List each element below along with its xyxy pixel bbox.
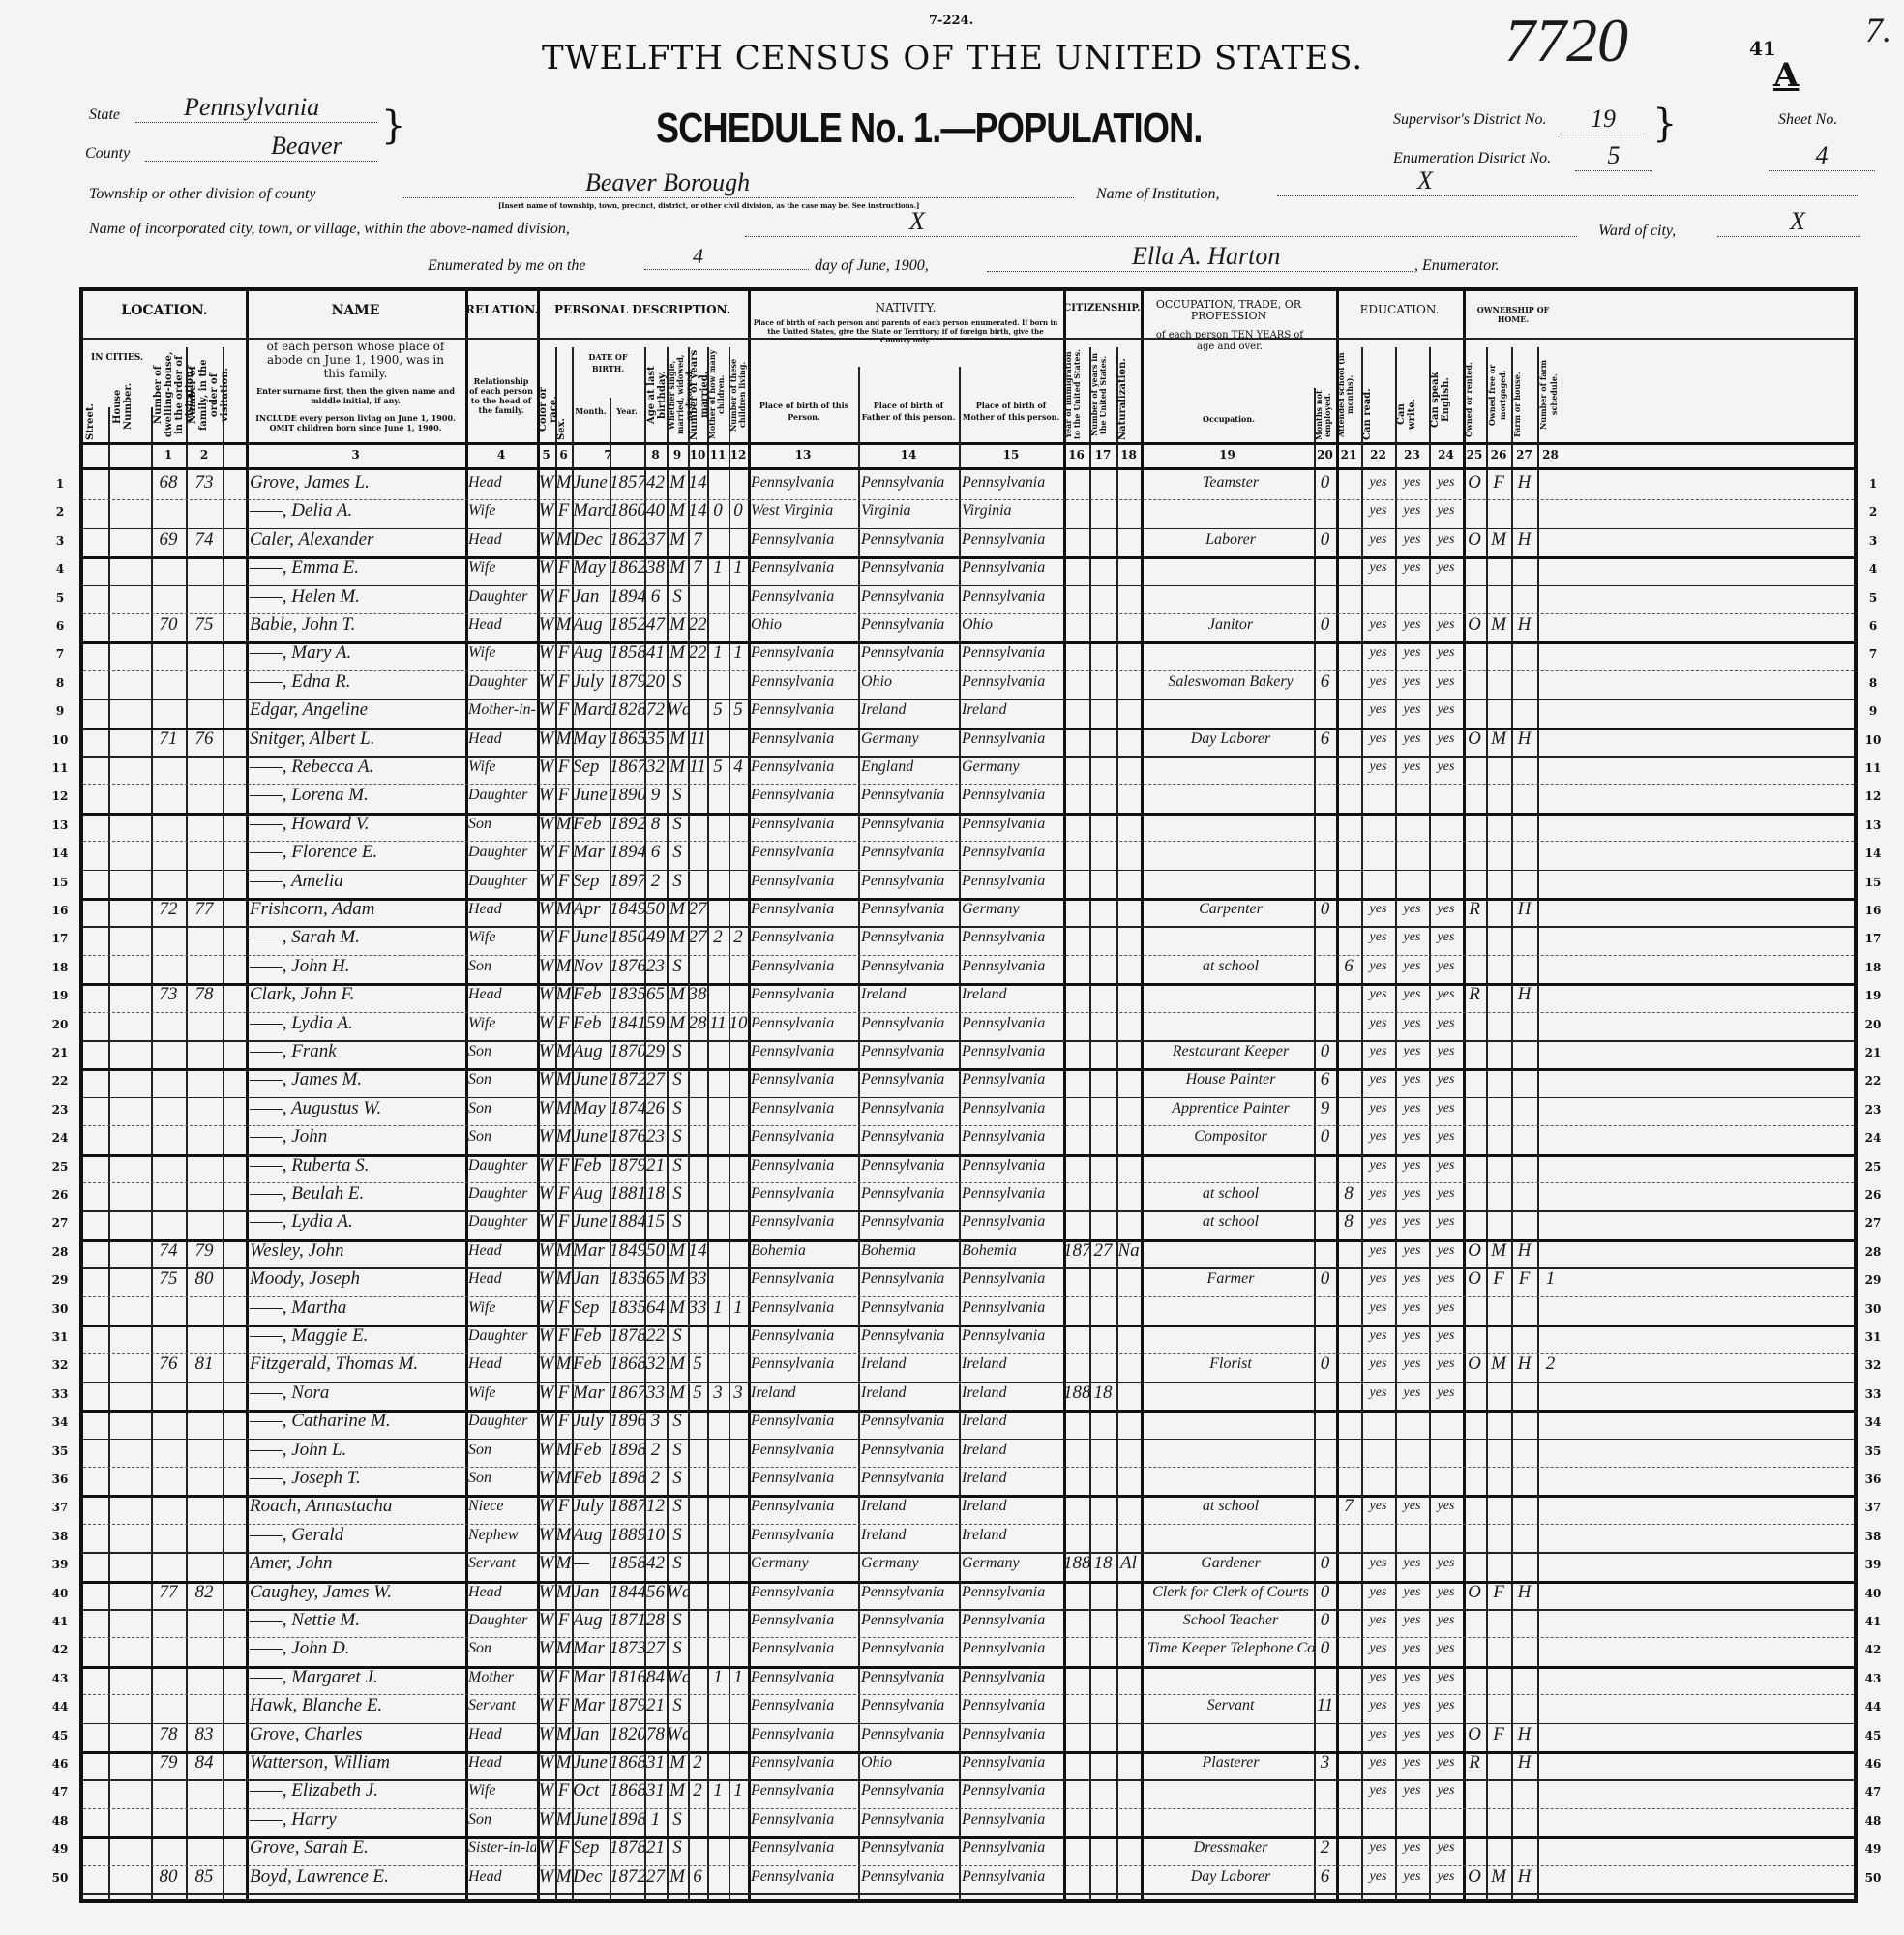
nativity-description: Place of birth of each person and parent…	[753, 318, 1058, 344]
cell-own: R	[1463, 1747, 1486, 1778]
cell-english: yes	[1429, 1206, 1463, 1237]
cell-read: yes	[1361, 1121, 1395, 1152]
cell-english: yes	[1429, 1719, 1463, 1750]
cell-free: F	[1486, 1264, 1511, 1295]
cell-father: Pennsylvania	[861, 951, 958, 982]
cell-read: yes	[1361, 894, 1395, 925]
cell-yrs-married: 11	[688, 724, 707, 755]
state-label: State	[89, 106, 120, 124]
cell-marital: S	[667, 1178, 688, 1209]
line-number: 49	[1863, 1842, 1883, 1856]
cell-year: 1876	[610, 1121, 644, 1152]
institution-label: Name of Institution,	[1096, 186, 1220, 203]
cell-age: 40	[644, 495, 667, 526]
cell-read: yes	[1361, 1349, 1395, 1380]
institution-field[interactable]: X	[1277, 166, 1858, 196]
cell-birth: Ohio	[751, 610, 857, 640]
cell-age: 31	[644, 1747, 667, 1778]
cell-month: May	[573, 552, 610, 583]
cell-read: yes	[1361, 1093, 1395, 1124]
cell-birth: Pennsylvania	[751, 866, 857, 897]
cell-sex: F	[555, 1206, 572, 1237]
column-number: 23	[1395, 448, 1429, 461]
relation-description: Relationship of each person to the head …	[468, 376, 534, 415]
line-number: 6	[50, 619, 70, 633]
cell-name: ——, John D.	[250, 1633, 464, 1664]
cell-color: W	[537, 581, 555, 612]
cell-color: W	[537, 610, 555, 640]
cell-month: Mar	[573, 1378, 610, 1409]
column-number: 28	[1537, 448, 1563, 461]
cell-color: W	[537, 495, 555, 526]
cell-free: M	[1486, 610, 1511, 640]
cell-color: W	[537, 1435, 555, 1466]
cell-birth: Pennsylvania	[751, 1633, 857, 1664]
cell-farm: H	[1511, 724, 1537, 755]
cell-color: W	[537, 752, 555, 783]
cell-read: yes	[1361, 1719, 1395, 1750]
cell-sex: M	[555, 1093, 572, 1124]
cell-month: Dec	[573, 1861, 610, 1892]
cell-age: 6	[644, 837, 667, 868]
cell-read: yes	[1361, 1264, 1395, 1295]
line-number: 4	[50, 562, 70, 576]
column-number: 2	[186, 448, 223, 461]
cell-birth: Pennsylvania	[751, 1861, 857, 1892]
cell-month: March	[573, 495, 610, 526]
cell-marital: M	[667, 1861, 688, 1892]
date-of-birth-header: DATE OF BIRTH.	[572, 351, 644, 374]
cell-age: 84	[644, 1662, 667, 1693]
cell-marital: M	[667, 922, 688, 953]
cell-mother: Pennsylvania	[962, 951, 1062, 982]
cell-occupation: Janitor	[1147, 610, 1314, 640]
cell-write: yes	[1395, 1548, 1429, 1579]
cell-birth: Germany	[751, 1548, 857, 1579]
cell-school: 8	[1336, 1206, 1361, 1237]
cell-yrs-married: 5	[688, 1349, 707, 1380]
line-number: 43	[50, 1672, 70, 1685]
cell-father: Pennsylvania	[861, 780, 958, 811]
cell-name: ——, Frank	[250, 1036, 464, 1067]
birth-father-header: Place of birth of Father of this person.	[860, 400, 957, 423]
state-field[interactable]: Pennsylvania	[135, 93, 377, 123]
cell-unemp: 0	[1314, 1349, 1336, 1380]
cell-birth: Pennsylvania	[751, 1804, 857, 1835]
cell-father: Pennsylvania	[861, 1206, 958, 1237]
enumerated-prefix: Enumerated by me on the	[428, 257, 586, 275]
cell-age: 64	[644, 1293, 667, 1324]
line-number: 27	[50, 1216, 70, 1230]
cell-occupation: Servant	[1147, 1690, 1314, 1721]
line-number: 45	[1863, 1729, 1883, 1742]
cell-father: Pennsylvania	[861, 1008, 958, 1039]
cell-father: Pennsylvania	[861, 1064, 958, 1095]
cell-relation: Wife	[468, 752, 536, 783]
cell-unemp: 11	[1314, 1690, 1336, 1721]
ward-field[interactable]: X	[1717, 207, 1860, 237]
cell-mother: Pennsylvania	[962, 1690, 1062, 1721]
cell-father: Pennsylvania	[861, 1463, 958, 1494]
cell-unemp: 0	[1314, 610, 1336, 640]
line-number: 34	[1863, 1415, 1883, 1429]
cell-write: yes	[1395, 1064, 1429, 1095]
cell-father: Pennsylvania	[861, 1861, 958, 1892]
relation-header: RELATION.	[465, 303, 537, 316]
cell-marital: M	[667, 1349, 688, 1380]
cell-dwelling: 69	[151, 524, 186, 555]
cell-school: 8	[1336, 1178, 1361, 1209]
cell-mother: Pennsylvania	[962, 1093, 1062, 1124]
line-number: 48	[50, 1814, 70, 1828]
cell-mother: Pennsylvania	[962, 1178, 1062, 1209]
cell-write: yes	[1395, 951, 1429, 982]
cell-year: 1868	[610, 1747, 644, 1778]
cell-relation: Head	[468, 1577, 536, 1608]
cell-year: 1874	[610, 1093, 644, 1124]
cell-sex: M	[555, 1633, 572, 1664]
line-number: 14	[50, 847, 70, 860]
cell-read: yes	[1361, 1150, 1395, 1181]
cell-year: 1896	[610, 1406, 644, 1437]
cell-living: 1	[729, 1293, 748, 1324]
cell-father: Pennsylvania	[861, 866, 958, 897]
cell-birth: Pennsylvania	[751, 695, 857, 726]
column-number: 25	[1463, 448, 1486, 461]
cell-read: yes	[1361, 752, 1395, 783]
line-number: 2	[50, 505, 70, 519]
cell-english: yes	[1429, 752, 1463, 783]
cell-english: yes	[1429, 979, 1463, 1010]
line-number: 37	[50, 1501, 70, 1514]
cell-color: W	[537, 1406, 555, 1437]
cell-occupation: Farmer	[1147, 1264, 1314, 1295]
cell-father: Pennsylvania	[861, 1662, 958, 1693]
cell-sex: M	[555, 1064, 572, 1095]
cell-color: W	[537, 695, 555, 726]
cell-relation: Son	[468, 1804, 536, 1835]
family-number-header: Number of family, in the order of visita…	[188, 349, 221, 440]
cell-write: yes	[1395, 1605, 1429, 1636]
line-number: 36	[1863, 1473, 1883, 1486]
cell-birth: Pennsylvania	[751, 1293, 857, 1324]
cell-birth: Pennsylvania	[751, 1093, 857, 1124]
cell-age: 37	[644, 524, 667, 555]
cell-birth: Pennsylvania	[751, 809, 857, 840]
cell-name: ——, Maggie E.	[250, 1321, 464, 1352]
cell-year: 1841	[610, 1008, 644, 1039]
cell-unemp: 0	[1314, 1605, 1336, 1636]
cell-age: 65	[644, 979, 667, 1010]
cell-color: W	[537, 1605, 555, 1636]
cell-birth: Pennsylvania	[751, 1264, 857, 1295]
line-number: 20	[50, 1018, 70, 1031]
cell-father: Pennsylvania	[861, 1804, 958, 1835]
cell-read: yes	[1361, 1605, 1395, 1636]
line-number: 21	[1863, 1046, 1883, 1059]
cell-age: 33	[644, 1378, 667, 1409]
months-unemployed-header: Months not employed.	[1315, 390, 1335, 440]
cell-write: yes	[1395, 1150, 1429, 1181]
cell-mother: Pennsylvania	[962, 1719, 1062, 1750]
cell-birth: Bohemia	[751, 1235, 857, 1266]
cell-marital: S	[667, 1690, 688, 1721]
cell-birth: Pennsylvania	[751, 524, 857, 555]
cell-marital: M	[667, 1235, 688, 1266]
cell-mother: Pennsylvania	[962, 1036, 1062, 1067]
cell-relation: Son	[468, 1463, 536, 1494]
cell-name: Caughey, James W.	[250, 1577, 464, 1608]
cell-write: yes	[1395, 1206, 1429, 1237]
cell-month: Apr	[573, 894, 610, 925]
cell-year: 1870	[610, 1036, 644, 1067]
column-number: 18	[1116, 448, 1141, 461]
line-number: 49	[50, 1842, 70, 1856]
cell-own: O	[1463, 1861, 1486, 1892]
cell-age: 49	[644, 922, 667, 953]
cell-occupation: Restaurant Keeper	[1147, 1036, 1314, 1067]
cell-sex: F	[555, 1832, 572, 1863]
line-number: 24	[1863, 1131, 1883, 1145]
cell-occupation: House Painter	[1147, 1064, 1314, 1095]
cell-month: Jan	[573, 1577, 610, 1608]
cell-month: June	[573, 1804, 610, 1835]
cell-write: yes	[1395, 894, 1429, 925]
cell-name: ——, Amelia	[250, 866, 464, 897]
cell-color: W	[537, 837, 555, 868]
cell-mother: Ireland	[962, 979, 1062, 1010]
cell-month: July	[573, 667, 610, 698]
cell-name: ——, Elizabeth J.	[250, 1775, 464, 1806]
cell-name: ——, Sarah M.	[250, 922, 464, 953]
line-number: 16	[50, 904, 70, 917]
cell-marital: M	[667, 467, 688, 498]
line-number: 43	[1863, 1672, 1883, 1685]
cell-own: O	[1463, 467, 1486, 498]
cell-english: yes	[1429, 1548, 1463, 1579]
cell-month: Feb	[573, 1463, 610, 1494]
cell-father: Pennsylvania	[861, 1832, 958, 1863]
cell-read: yes	[1361, 1775, 1395, 1806]
cell-relation: Son	[468, 1036, 536, 1067]
cell-color: W	[537, 1719, 555, 1750]
cell-color: W	[537, 951, 555, 982]
cell-age: 50	[644, 894, 667, 925]
enumerator-label: , Enumerator.	[1414, 257, 1500, 275]
cell-relation: Nephew	[468, 1520, 536, 1551]
cell-dwelling: 77	[151, 1577, 186, 1608]
cell-color: W	[537, 1804, 555, 1835]
cell-age: 21	[644, 1832, 667, 1863]
cell-color: W	[537, 1321, 555, 1352]
cell-name: ——, Beulah E.	[250, 1178, 464, 1209]
line-number: 50	[50, 1871, 70, 1885]
cell-age: 72	[644, 695, 667, 726]
cell-marital: Wd	[667, 1577, 688, 1608]
cell-color: W	[537, 524, 555, 555]
cell-year: 1892	[610, 809, 644, 840]
cell-marital: M	[667, 1747, 688, 1778]
cell-birth: Pennsylvania	[751, 1178, 857, 1209]
line-number: 25	[1863, 1160, 1883, 1174]
line-number: 12	[50, 789, 70, 803]
cell-color: W	[537, 724, 555, 755]
township-label: Township or other division of county	[89, 186, 316, 203]
column-number: 8	[644, 448, 667, 461]
line-number: 38	[1863, 1530, 1883, 1543]
cell-name: Edgar, Angeline	[250, 695, 464, 726]
cell-sex: F	[555, 1690, 572, 1721]
cell-relation: Head	[468, 1747, 536, 1778]
immigration-year-header: Year of immigration to the United States…	[1064, 349, 1088, 440]
cell-marital: M	[667, 894, 688, 925]
cell-name: Caler, Alexander	[250, 524, 464, 555]
cell-father: Ireland	[861, 695, 958, 726]
schedule-title: SCHEDULE No. 1.—POPULATION.	[656, 104, 1203, 153]
cell-english: yes	[1429, 1264, 1463, 1295]
line-number: 4	[1863, 562, 1883, 576]
cell-birth: Pennsylvania	[751, 1321, 857, 1352]
line-number: 40	[1863, 1587, 1883, 1600]
line-number: 21	[50, 1046, 70, 1059]
cell-name: ——, Emma E.	[250, 552, 464, 583]
cell-birth: Pennsylvania	[751, 638, 857, 669]
cell-color: W	[537, 1463, 555, 1494]
township-field[interactable]: Beaver Borough	[402, 168, 1074, 198]
cell-mother: Pennsylvania	[962, 1293, 1062, 1324]
county-field[interactable]: Beaver	[145, 132, 377, 162]
enumerator-field[interactable]: Ella A. Harton	[987, 242, 1413, 272]
cell-age: 42	[644, 1548, 667, 1579]
line-number: 8	[1863, 676, 1883, 690]
cell-birth: West Virginia	[751, 495, 857, 526]
cell-english: yes	[1429, 1235, 1463, 1266]
cell-read: yes	[1361, 1548, 1395, 1579]
supervisor-field[interactable]: 19	[1560, 104, 1647, 134]
cell-mother-of: 1	[707, 638, 729, 669]
cell-father: Pennsylvania	[861, 1121, 958, 1152]
cell-read: yes	[1361, 1832, 1395, 1863]
line-number: 10	[1863, 733, 1883, 747]
cell-month: Aug	[573, 638, 610, 669]
cell-year: 1857	[610, 467, 644, 498]
cell-farm: H	[1511, 1861, 1537, 1892]
cell-write: yes	[1395, 1633, 1429, 1664]
enumerated-suffix: day of June, 1900,	[815, 257, 929, 275]
cell-month: Feb	[573, 1150, 610, 1181]
cell-name: Fitzgerald, Thomas M.	[250, 1349, 464, 1380]
cell-name: Boyd, Lawrence E.	[250, 1861, 464, 1892]
cell-marital: S	[667, 1036, 688, 1067]
cell-relation: Head	[468, 724, 536, 755]
cell-read: yes	[1361, 610, 1395, 640]
cell-father: Pennsylvania	[861, 524, 958, 555]
cell-sex: F	[555, 1150, 572, 1181]
cell-relation: Head	[468, 467, 536, 498]
cell-month: Mar	[573, 1662, 610, 1693]
cell-age: 22	[644, 1321, 667, 1352]
cell-birth: Pennsylvania	[751, 1206, 857, 1237]
cell-occupation: Laborer	[1147, 524, 1314, 555]
cell-birth: Pennsylvania	[751, 837, 857, 868]
cell-sex: F	[555, 1178, 572, 1209]
cell-year: 1835	[610, 1264, 644, 1295]
cell-sex: M	[555, 1121, 572, 1152]
cell-sex: M	[555, 724, 572, 755]
cell-relation: Daughter	[468, 581, 536, 612]
cell-marital: M	[667, 1293, 688, 1324]
cell-english: yes	[1429, 1093, 1463, 1124]
cell-month: Feb	[573, 1435, 610, 1466]
cell-color: W	[537, 809, 555, 840]
enumeration-label: Enumeration District No.	[1393, 150, 1551, 167]
line-number: 46	[1863, 1757, 1883, 1771]
cell-month: Nov	[573, 951, 610, 982]
line-number: 50	[1863, 1871, 1883, 1885]
cell-age: 21	[644, 1150, 667, 1181]
cell-color: W	[537, 1235, 555, 1266]
cell-yrs-us: 27	[1089, 1235, 1116, 1266]
cell-occupation: Florist	[1147, 1349, 1314, 1380]
cell-age: 8	[644, 809, 667, 840]
cell-occupation: Dressmaker	[1147, 1832, 1314, 1863]
cell-year: 1867	[610, 752, 644, 783]
cell-month: June	[573, 1064, 610, 1095]
enumerated-day-field[interactable]: 4	[644, 244, 809, 270]
cell-family: 79	[186, 1235, 223, 1266]
cell-age: 27	[644, 1633, 667, 1664]
cell-mother: Pennsylvania	[962, 1206, 1062, 1237]
cell-year: 1898	[610, 1463, 644, 1494]
cell-marital: M	[667, 1008, 688, 1039]
cell-unemp: 6	[1314, 1064, 1336, 1095]
cell-english: yes	[1429, 922, 1463, 953]
cell-relation: Son	[468, 1435, 536, 1466]
cell-read: yes	[1361, 1378, 1395, 1409]
cell-mother: Ireland	[962, 1491, 1062, 1522]
cell-year: 1816	[610, 1662, 644, 1693]
cell-name: Hawk, Blanche E.	[250, 1690, 464, 1721]
cell-marital: M	[667, 1775, 688, 1806]
cell-unemp: 0	[1314, 1548, 1336, 1579]
cell-sex: M	[555, 1264, 572, 1295]
city-field[interactable]: X	[745, 207, 1577, 237]
cell-mother: Germany	[962, 1548, 1062, 1579]
cell-english: yes	[1429, 1378, 1463, 1409]
cell-sex: F	[555, 866, 572, 897]
cell-name: Grove, Sarah E.	[250, 1832, 464, 1863]
cell-write: yes	[1395, 1861, 1429, 1892]
cell-color: W	[537, 979, 555, 1010]
cell-yrs-married: 22	[688, 610, 707, 640]
cell-age: 41	[644, 638, 667, 669]
cell-yrs-married: 33	[688, 1293, 707, 1324]
line-number: 13	[1863, 819, 1883, 832]
cell-mother-of: 11	[707, 1008, 729, 1039]
cell-yrs-married: 22	[688, 638, 707, 669]
cell-sex: M	[555, 610, 572, 640]
cell-write: yes	[1395, 695, 1429, 726]
cell-age: 47	[644, 610, 667, 640]
cell-english: yes	[1429, 495, 1463, 526]
cell-occupation: at school	[1147, 1491, 1314, 1522]
cell-read: yes	[1361, 552, 1395, 583]
column-number: 20	[1314, 448, 1336, 461]
occupation-group-header: OCCUPATION, TRADE, OR PROFESSION	[1144, 299, 1314, 322]
cell-unemp: 0	[1314, 1264, 1336, 1295]
house-number-header: House Number.	[112, 372, 149, 440]
cell-write: yes	[1395, 752, 1429, 783]
